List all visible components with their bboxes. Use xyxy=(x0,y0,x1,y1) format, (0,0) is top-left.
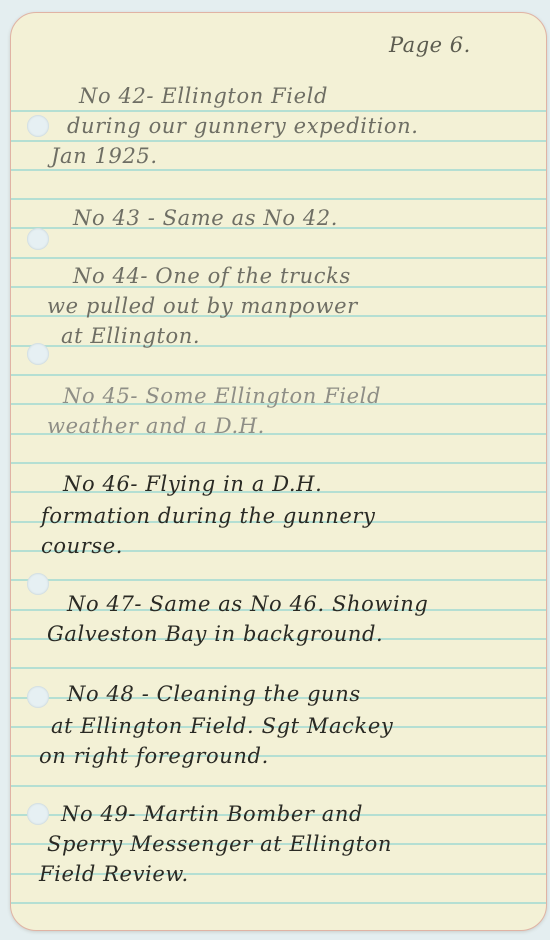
entry-line: Field Review. xyxy=(39,861,189,887)
entry-line: No 45- Some Ellington Field xyxy=(63,383,381,409)
entry-line: Sperry Messenger at Ellington xyxy=(47,831,392,857)
entry-line: No 43 - Same as No 42. xyxy=(73,205,338,231)
entry-line: we pulled out by manpower xyxy=(47,293,358,319)
rule-line xyxy=(11,110,546,112)
binder-hole xyxy=(27,228,49,250)
entry-line: No 42- Ellington Field xyxy=(79,83,328,109)
rule-line xyxy=(11,579,546,581)
rule-line xyxy=(11,667,546,669)
entry-line: Jan 1925. xyxy=(51,143,158,169)
entry-line: during our gunnery expedition. xyxy=(67,113,419,139)
rule-line xyxy=(11,257,546,259)
entry-line: No 46- Flying in a D.H. xyxy=(63,471,322,497)
rule-line xyxy=(11,140,546,142)
binder-hole xyxy=(27,343,49,365)
page-number: Page 6. xyxy=(389,33,471,57)
binder-hole xyxy=(27,686,49,708)
rule-line xyxy=(11,462,546,464)
entry-line: Galveston Bay in background. xyxy=(47,621,383,647)
entry-line: No 47- Same as No 46. Showing xyxy=(67,591,428,617)
entry-line: at Ellington Field. Sgt Mackey xyxy=(51,713,393,739)
rule-line xyxy=(11,198,546,200)
entry-line: No 44- One of the trucks xyxy=(73,263,351,289)
rule-line xyxy=(11,169,546,171)
entry-line: at Ellington. xyxy=(61,323,200,349)
binder-hole xyxy=(27,803,49,825)
entry-line: course. xyxy=(41,533,123,559)
entry-line: weather and a D.H. xyxy=(47,413,265,439)
binder-hole xyxy=(27,573,49,595)
entry-line: on right foreground. xyxy=(39,743,269,769)
entry-line: No 49- Martin Bomber and xyxy=(61,801,363,827)
rule-line xyxy=(11,785,546,787)
rule-line xyxy=(11,902,546,904)
entry-line: No 48 - Cleaning the guns xyxy=(67,681,361,707)
binder-hole xyxy=(27,115,49,137)
entry-line: formation during the gunnery xyxy=(41,503,375,529)
rule-line xyxy=(11,374,546,376)
index-card: Page 6. No 42- Ellington Field during ou… xyxy=(10,12,547,931)
